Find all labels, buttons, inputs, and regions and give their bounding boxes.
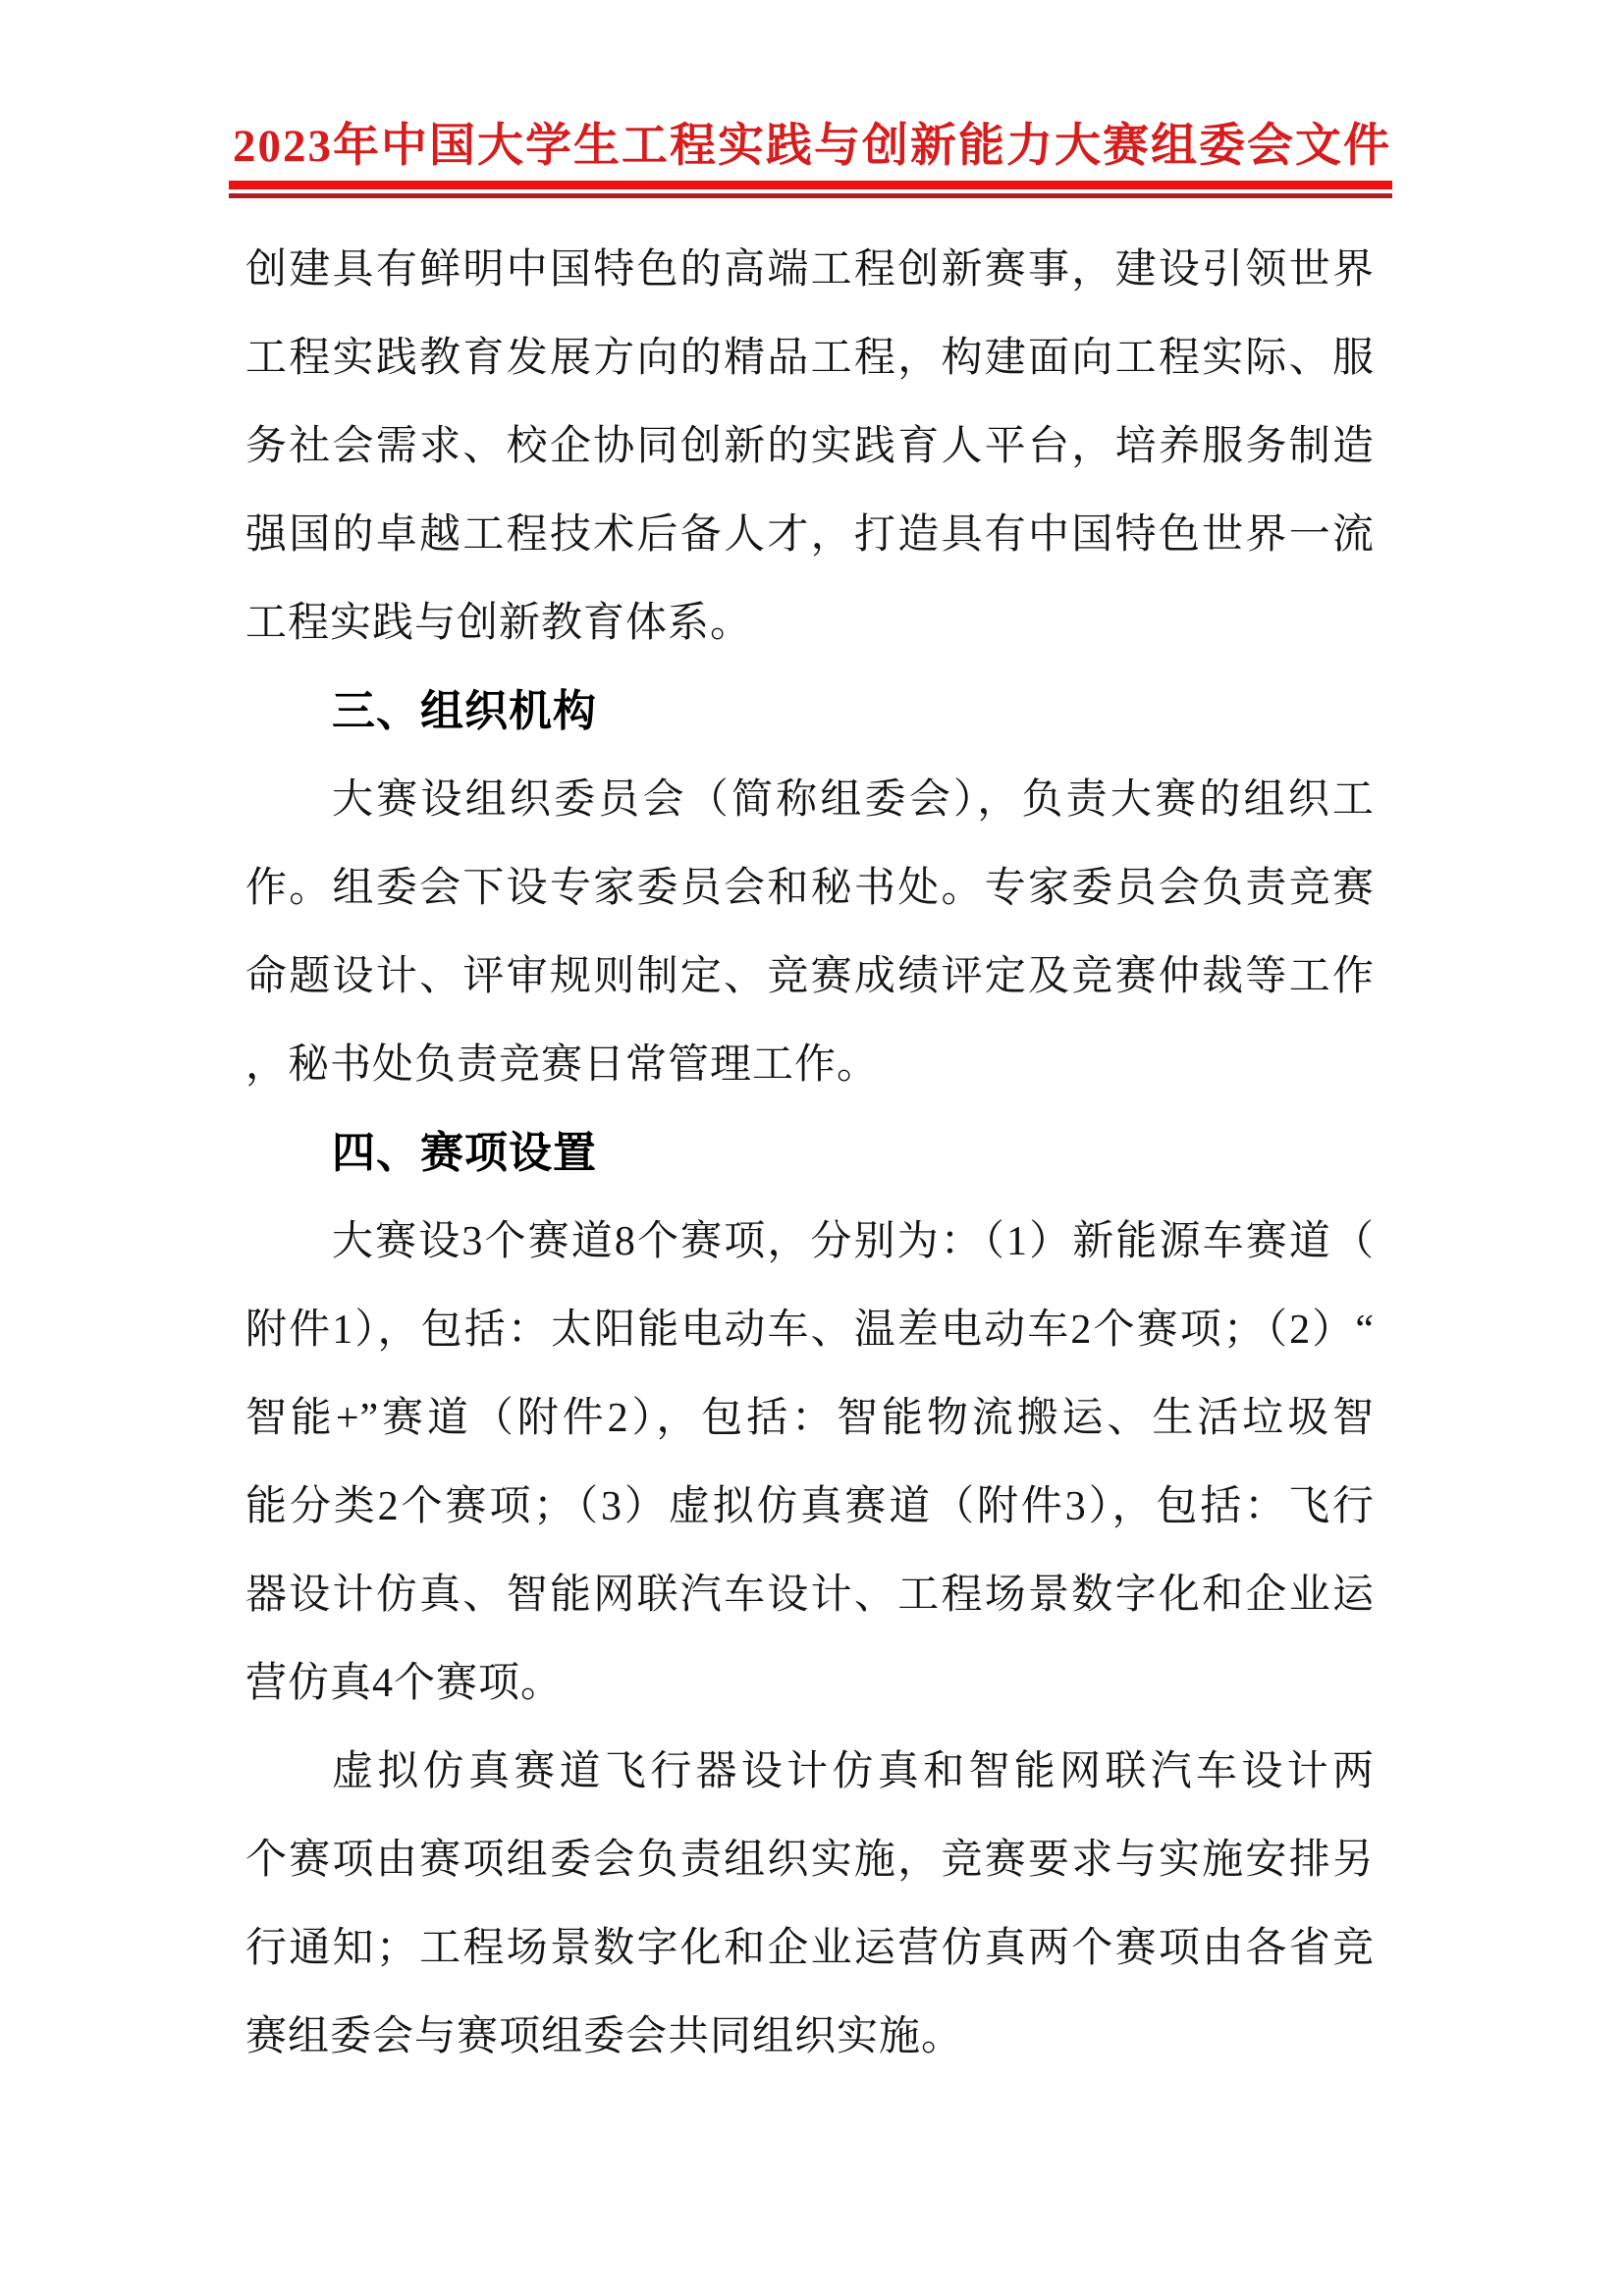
body-text-line: 大赛设组织委员会（简称组委会），负责大赛的组织工: [245, 756, 1375, 844]
body-text-line: 工程实践教育发展方向的精品工程，构建面向工程实际、服: [245, 314, 1375, 402]
body-text-line: 工程实践与创新教育体系。: [245, 579, 1375, 667]
body-text-line: ，秘书处负责竞赛日常管理工作。: [245, 1021, 1375, 1109]
body-text-line: 行通知；工程场景数字化和企业运营仿真两个赛项由各省竞: [245, 1904, 1375, 1993]
header-rule-thin: [229, 193, 1392, 198]
body-text-line: 大赛设3个赛道8个赛项，分别为：（1）新能源车赛道（: [245, 1198, 1375, 1286]
section-heading: 三、组织机构: [245, 667, 1375, 756]
body-text-line: 虚拟仿真赛道飞行器设计仿真和智能网联汽车设计两: [245, 1728, 1375, 1816]
document-body: 创建具有鲜明中国特色的高端工程创新赛事，建设引领世界工程实践教育发展方向的精品工…: [245, 226, 1375, 2081]
body-text-line: 务社会需求、校企协同创新的实践育人平台，培养服务制造: [245, 402, 1375, 491]
body-text-line: 创建具有鲜明中国特色的高端工程创新赛事，建设引领世界: [245, 226, 1375, 314]
body-text-line: 赛组委会与赛项组委会共同组织实施。: [245, 1993, 1375, 2081]
body-text-line: 器设计仿真、智能网联汽车设计、工程场景数字化和企业运: [245, 1551, 1375, 1639]
section-heading: 四、赛项设置: [245, 1109, 1375, 1198]
body-text-line: 作。组委会下设专家委员会和秘书处。专家委员会负责竞赛: [245, 844, 1375, 933]
body-text-line: 附件1），包括：太阳能电动车、温差电动车2个赛项；（2）“: [245, 1286, 1375, 1374]
document-header-title: 2023年中国大学生工程实践与创新能力大赛组委会文件: [0, 116, 1624, 177]
body-text-line: 强国的卓越工程技术后备人才，打造具有中国特色世界一流: [245, 491, 1375, 579]
body-text-line: 能分类2个赛项；（3）虚拟仿真赛道（附件3），包括：飞行: [245, 1463, 1375, 1551]
header-rule-thick: [229, 181, 1392, 189]
document-page: 2023年中国大学生工程实践与创新能力大赛组委会文件 创建具有鲜明中国特色的高端…: [0, 0, 1624, 2296]
body-text-line: 个赛项由赛项组委会负责组织实施，竞赛要求与实施安排另: [245, 1816, 1375, 1904]
body-text-line: 命题设计、评审规则制定、竞赛成绩评定及竞赛仲裁等工作: [245, 933, 1375, 1021]
body-text-line: 智能+”赛道（附件2），包括：智能物流搬运、生活垃圾智: [245, 1374, 1375, 1463]
body-text-line: 营仿真4个赛项。: [245, 1639, 1375, 1728]
